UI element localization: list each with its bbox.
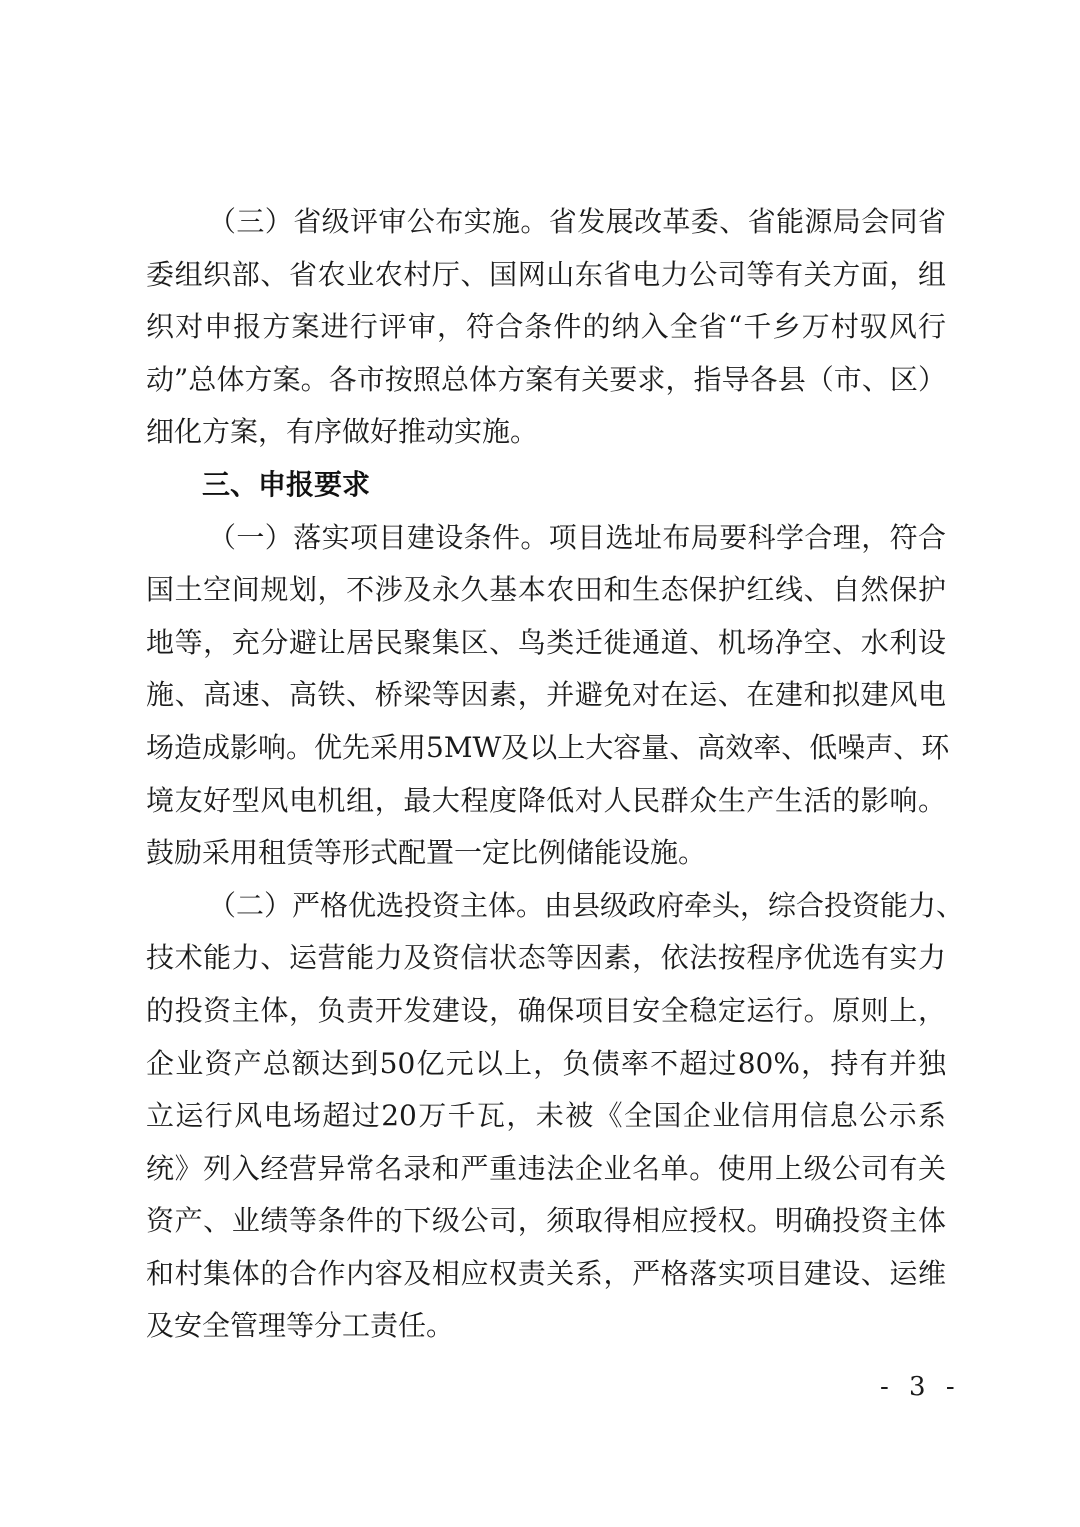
text-line: 国土空间规划，不涉及永久基本农田和生态保护红线、自然保护 [146, 564, 946, 617]
document-body: （三）省级评审公布实施。省发展改革委、省能源局会同省 委组织部、省农业农村厅、国… [146, 196, 946, 1353]
paragraph-provincial-review: （三）省级评审公布实施。省发展改革委、省能源局会同省 委组织部、省农业农村厅、国… [146, 196, 946, 459]
text-line: （一）落实项目建设条件。项目选址布局要科学合理，符合 [146, 512, 946, 565]
section-heading: 三、申报要求 [146, 459, 946, 512]
text-line: 资产、业绩等条件的下级公司，须取得相应授权。明确投资主体 [146, 1195, 946, 1248]
text-line: 企业资产总额达到50亿元以上，负债率不超过80%，持有并独 [146, 1038, 946, 1091]
text-line: 地等，充分避让居民聚集区、鸟类迁徙通道、机场净空、水利设 [146, 617, 946, 670]
document-page: （三）省级评审公布实施。省发展改革委、省能源局会同省 委组织部、省农业农村厅、国… [0, 0, 1080, 1527]
text-line: （二）严格优选投资主体。由县级政府牵头，综合投资能力、 [146, 880, 946, 933]
text-line: 细化方案，有序做好推动实施。 [146, 406, 946, 459]
text-line: 动”总体方案。各市按照总体方案有关要求，指导各县（市、区） [146, 354, 946, 407]
text-line: 施、高速、高铁、桥梁等因素，并避免对在运、在建和拟建风电 [146, 669, 946, 722]
text-line: （三）省级评审公布实施。省发展改革委、省能源局会同省 [146, 196, 946, 249]
text-line: 鼓励采用租赁等形式配置一定比例储能设施。 [146, 827, 946, 880]
page-number: - 3 - [880, 1372, 961, 1402]
text-line: 的投资主体，负责开发建设，确保项目安全稳定运行。原则上， [146, 985, 946, 1038]
text-line: 立运行风电场超过20万千瓦，未被《全国企业信用信息公示系 [146, 1090, 946, 1143]
text-line: 及安全管理等分工责任。 [146, 1300, 946, 1353]
text-line: 委组织部、省农业农村厅、国网山东省电力公司等有关方面，组 [146, 249, 946, 302]
text-line: 境友好型风电机组，最大程度降低对人民群众生产生活的影响。 [146, 775, 946, 828]
text-line: 和村集体的合作内容及相应权责关系，严格落实项目建设、运维 [146, 1248, 946, 1301]
text-line: 技术能力、运营能力及资信状态等因素，依法按程序优选有实力 [146, 932, 946, 985]
text-line: 织对申报方案进行评审，符合条件的纳入全省“千乡万村驭风行 [146, 301, 946, 354]
paragraph-construction-conditions: （一）落实项目建设条件。项目选址布局要科学合理，符合 国土空间规划，不涉及永久基… [146, 512, 946, 880]
text-line: 统》列入经营异常名录和严重违法企业名单。使用上级公司有关 [146, 1143, 946, 1196]
paragraph-investor-selection: （二）严格优选投资主体。由县级政府牵头，综合投资能力、 技术能力、运营能力及资信… [146, 880, 946, 1353]
text-line: 场造成影响。优先采用5MW及以上大容量、高效率、低噪声、环 [146, 722, 946, 775]
